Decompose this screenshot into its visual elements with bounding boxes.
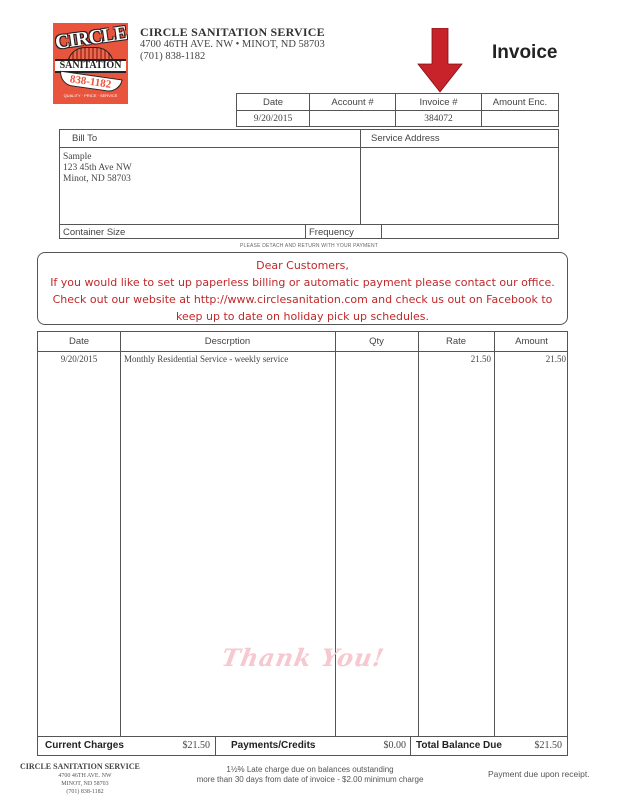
totals-bar: Current Charges $21.50 Payments/Credits … (37, 737, 568, 756)
bill-to-label: Bill To (72, 133, 97, 144)
column-header-qty: Qty (335, 336, 418, 347)
row-description: Monthly Residential Service - weekly ser… (124, 354, 334, 364)
late-charge-notice: 1½% Late charge due on balances outstand… (180, 765, 440, 785)
row-rate: 21.50 (418, 354, 491, 364)
message-line: Check out our website at http://www.circ… (38, 291, 567, 308)
company-phone: (701) 838-1182 (140, 51, 205, 62)
value-amount-enclosed (482, 111, 559, 127)
message-line: keep up to date on holiday pick up sched… (38, 308, 567, 325)
payments-credits-label: Payments/Credits (231, 740, 315, 751)
message-line: Dear Customers, (38, 257, 567, 274)
service-address-label: Service Address (371, 133, 440, 144)
detach-notice: PLEASE DETACH AND RETURN WITH YOUR PAYME… (0, 243, 618, 249)
logo-phone-text: 838-1182 (58, 71, 122, 94)
value-account (310, 111, 396, 127)
bill-to-address: Sample 123 45th Ave NW Minot, ND 58703 (63, 152, 132, 185)
frequency-label: Frequency (309, 227, 354, 238)
logo-tagline: QUALITY · PRICE · SERVICE (63, 93, 118, 98)
bill-to-line: Sample (63, 152, 132, 163)
footer-address-line: (701) 838-1182 (20, 788, 150, 796)
total-balance-value: $21.50 (520, 740, 562, 751)
header-account: Account # (310, 94, 396, 111)
header-amount-enclosed: Amount Enc. (482, 94, 559, 111)
row-date: 9/20/2015 (38, 354, 120, 364)
bill-to-line: Minot, ND 58703 (63, 174, 132, 185)
billing-box: Bill To Service Address Sample 123 45th … (59, 129, 559, 239)
footer-company-name: CIRCLE SANITATION SERVICE (20, 762, 140, 771)
total-balance-label: Total Balance Due (416, 740, 502, 751)
logo-top-text: CIRCLE (54, 23, 128, 55)
current-charges-label: Current Charges (45, 740, 124, 751)
current-charges-value: $21.50 (168, 740, 210, 751)
header-invoice-number: Invoice # (396, 94, 482, 111)
container-size-label: Container Size (63, 227, 125, 238)
customer-message: Dear Customers, If you would like to set… (37, 252, 568, 325)
payment-terms: Payment due upon receipt. (488, 769, 590, 779)
invoice-info-table: Date Account # Invoice # Amount Enc. 9/2… (236, 93, 559, 127)
document-title: Invoice (492, 42, 557, 64)
company-name: CIRCLE SANITATION SERVICE (140, 25, 325, 40)
late-charge-line: more than 30 days from date of invoice -… (180, 775, 440, 785)
bill-to-line: 123 45th Ave NW (63, 163, 132, 174)
company-address: 4700 46TH AVE. NW • MINOT, ND 58703 (140, 39, 325, 50)
footer-address-line: 4700 46TH AVE. NW (20, 772, 150, 780)
row-amount: 21.50 (494, 354, 566, 364)
column-header-rate: Rate (418, 336, 494, 347)
footer-address-line: MINOT, ND 58703 (20, 780, 150, 788)
line-items-table: Date Descrption Qty Rate Amount 9/20/201… (37, 331, 568, 737)
header-date: Date (237, 94, 310, 111)
column-header-amount: Amount (494, 336, 569, 347)
value-invoice-number: 384072 (396, 111, 482, 127)
thank-you-watermark: Thank You! (219, 643, 386, 672)
column-header-description: Descrption (120, 336, 335, 347)
payments-credits-value: $0.00 (364, 740, 406, 751)
message-line: If you would like to set up paperless bi… (38, 274, 567, 291)
column-header-date: Date (38, 336, 120, 347)
late-charge-line: 1½% Late charge due on balances outstand… (180, 765, 440, 775)
footer-company-address: 4700 46TH AVE. NW MINOT, ND 58703 (701) … (20, 772, 150, 796)
value-date: 9/20/2015 (237, 111, 310, 127)
company-logo: CIRCLE SANITATION 838-1182 QUALITY · PRI… (53, 23, 128, 104)
arrow-down-icon (417, 28, 463, 93)
